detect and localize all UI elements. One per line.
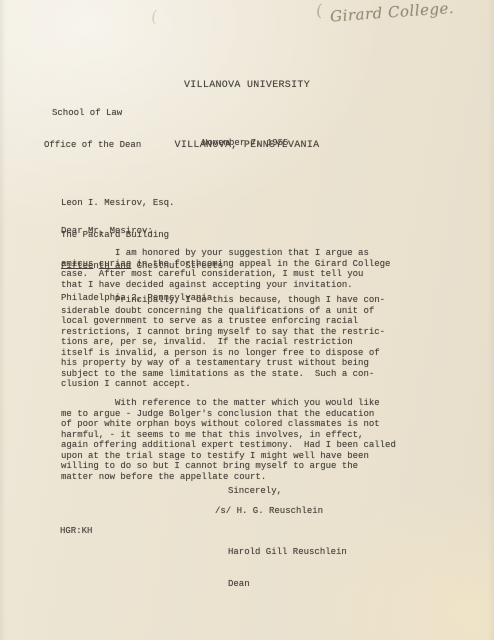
department-school: School of Law <box>52 108 141 119</box>
signer-name: Harold Gill Reuschlein <box>228 547 347 558</box>
body-line: subject to the same limitations as the s… <box>61 369 385 380</box>
signer-block: Harold Gill Reuschlein Dean <box>228 526 347 610</box>
body-line: of poor white orphan boys without colore… <box>61 419 396 430</box>
salutation: Dear Mr. Mesirov: <box>61 226 153 237</box>
recipient-name: Leon I. Mesirov, Esq. <box>61 198 223 209</box>
body-line: Principally, I do this because, though I… <box>61 295 385 306</box>
body-line: harmful, - it seems to me that this invo… <box>61 430 396 441</box>
handwritten-annotation: Girard College. <box>330 0 491 26</box>
department-block: School of Law Office of the Dean <box>52 87 141 171</box>
body-paragraph-3: With reference to the matter which you w… <box>61 398 396 482</box>
body-line: local government to serve as a trustee e… <box>61 316 385 327</box>
body-line: With reference to the matter which you w… <box>61 398 396 409</box>
valediction: Sincerely, <box>228 486 282 497</box>
body-line: me to argue - Judge Bolger's conclusion … <box>61 409 396 420</box>
department-office: Office of the Dean <box>44 140 141 151</box>
signer-title: Dean <box>228 579 347 590</box>
body-line: upon at the trial stage to testify I mig… <box>61 451 396 462</box>
body-line: again offering additional expert testimo… <box>61 440 396 451</box>
letter-document: ( ( Girard College. VILLANOVA UNIVERSITY… <box>0 0 494 640</box>
pencil-mark-mid: ( <box>315 1 324 21</box>
body-line: siderable doubt concerning the qualifica… <box>61 306 385 317</box>
body-line: clusion I cannot accept. <box>61 379 385 390</box>
body-paragraph-1: I am honored by your suggestion that I a… <box>61 248 390 290</box>
body-line: tions are, per se, invalid. If the racia… <box>61 337 385 348</box>
typist-initials: HGR:KH <box>60 526 92 537</box>
body-line: case. After most careful consideration, … <box>61 269 390 280</box>
pencil-mark-left: ( <box>150 7 158 27</box>
body-line: I am honored by your suggestion that I a… <box>61 248 390 259</box>
body-paragraph-2: Principally, I do this because, though I… <box>61 295 385 390</box>
body-line: willing to do so but I cannot bring myse… <box>61 461 396 472</box>
body-line: that I have decided against accepting yo… <box>61 280 390 291</box>
body-line: restrictions, I cannot bring myself to s… <box>61 327 385 338</box>
letter-date: November 7, 1955 <box>202 138 288 149</box>
typed-signature: /s/ H. G. Reuschlein <box>215 506 323 517</box>
body-line: amicus curiae in the forthcoming appeal … <box>61 259 390 270</box>
body-line: his property by way of a testamentary tr… <box>61 358 385 369</box>
body-line: itself is invalid, a person is no longer… <box>61 348 385 359</box>
body-line: matter now before the appellate court. <box>61 472 396 483</box>
